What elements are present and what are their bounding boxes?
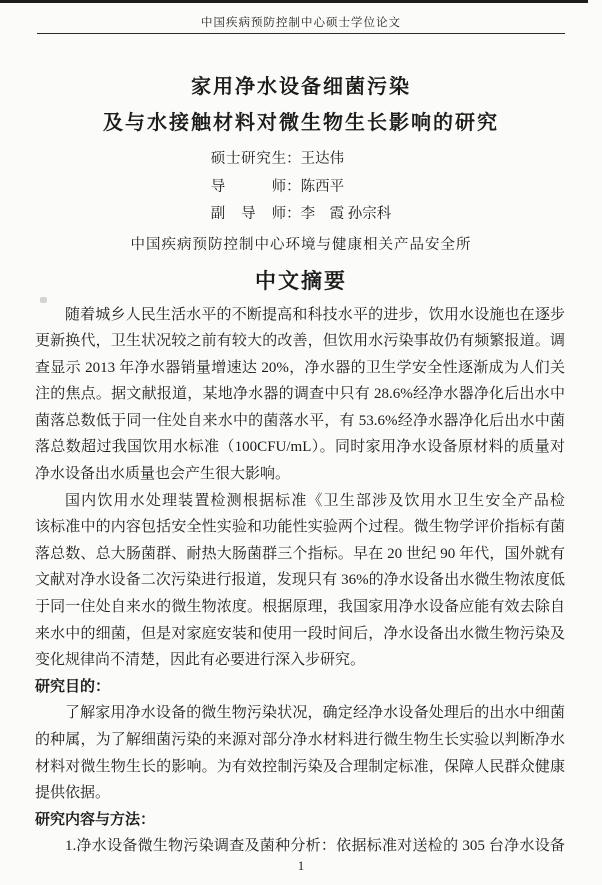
byline-co-advisor-value: 李 霞 孙宗科 (301, 206, 392, 222)
running-header: 中国疾病预防控制中心硕士学位论文 (0, 0, 602, 30)
body-line: 落总数、总大肠菌群、耐热大肠菌群三个指标。早在 20 世纪 90 年代，国外就有 (35, 541, 565, 568)
body-line: 国内饮用水处理装置检测根据标准《卫生部涉及饮用水卫生安全产品检验》。 (35, 488, 565, 515)
body-line: 净水设备出水质量也会产生很大影响。 (35, 461, 565, 488)
body-line: 注的焦点。据文献报道，某地净水器的调查中只有 28.6%经净水器净化后出水中 (35, 381, 565, 408)
institute-line: 中国疾病预防控制中心环境与健康相关产品安全所 (0, 233, 602, 254)
byline-student-label: 硕士研究生 (211, 146, 286, 174)
page-number: 1 (0, 859, 602, 874)
abstract-heading: 中文摘要 (0, 265, 602, 295)
byline-advisor-label: 导 师 (211, 174, 286, 202)
body-line: 查显示 2013 年净水器销量增速达 20%，净水器的卫生学安全性逐渐成为人们关 (35, 355, 565, 382)
body-line: 材料对微生物生长的影响。为有效控制污染及合理制定标准，保障人民群众健康 (35, 754, 565, 781)
byline-advisor: 导 师：陈西平 (211, 174, 392, 202)
body-line: 落总数超过我国饮用水标准（100CFU/mL）。同时家用净水设备原材料的质量对 (35, 434, 565, 461)
thesis-title-line1: 家用净水设备细菌污染 (0, 77, 602, 97)
body-line: 来水中的细菌，但是对家庭安装和使用一段时间后，净水设备出水微生物污染及 (35, 621, 565, 648)
byline-student: 硕士研究生：王达伟 (211, 146, 392, 174)
header-rule (37, 33, 565, 34)
byline-co-advisor: 副 导 师：李 霞 孙宗科 (211, 201, 392, 229)
body-line: 1.净水设备微生物污染调查及菌种分析：依据标准对送检的 305 台净水设备 (35, 833, 565, 860)
byline-advisor-value: 陈西平 (301, 179, 345, 195)
section-heading: 研究目的： (35, 674, 565, 701)
section-heading: 研究内容与方法： (35, 807, 565, 834)
body-line: 更新换代，卫生状况较之前有较大的改善，但饮用水污染事故仍有频繁报道。调 (35, 328, 565, 355)
scan-artifact (40, 297, 47, 303)
scan-top-bar (0, 0, 588, 3)
body-line: 随着城乡人民生活水平的不断提高和科技水平的进步，饮用水设施也在逐步 (35, 302, 565, 329)
body-line: 于同一住处自来水的微生物浓度。根据原理，我国家用净水设备应能有效去除自 (35, 594, 565, 621)
abstract-body: 随着城乡人民生活水平的不断提高和科技水平的进步，饮用水设施也在逐步更新换代，卫生… (35, 302, 565, 860)
byline-student-value: 王达伟 (301, 151, 345, 167)
body-line: 了解家用净水设备的微生物污染状况，确定经净水设备处理后的出水中细菌 (35, 700, 565, 727)
byline-co-advisor-label: 副 导 师 (211, 201, 286, 229)
body-line: 该标准中的内容包括安全性实验和功能性实验两个过程。微生物学评价指标有菌 (35, 514, 565, 541)
thesis-page: 中国疾病预防控制中心硕士学位论文 家用净水设备细菌污染 及与水接触材料对微生物生… (0, 0, 602, 885)
body-line: 变化规律尚不清楚，因此有必要进行深入步研究。 (35, 647, 565, 674)
body-line: 的种属，为了解细菌污染的来源对部分净水材料进行微生物生长实验以判断净水 (35, 727, 565, 754)
body-line: 文献对净水设备二次污染进行报道，发现只有 36%的净水设备出水微生物浓度低 (35, 567, 565, 594)
body-line: 菌落总数低于同一住处自来水中的菌落水平，有 53.6%经净水器净化后出水中菌 (35, 408, 565, 435)
byline-block: 硕士研究生：王达伟 导 师：陈西平 副 导 师：李 霞 孙宗科 (211, 146, 392, 229)
thesis-title-line2: 及与水接触材料对微生物生长影响的研究 (0, 113, 602, 133)
body-line: 提供依据。 (35, 780, 565, 807)
